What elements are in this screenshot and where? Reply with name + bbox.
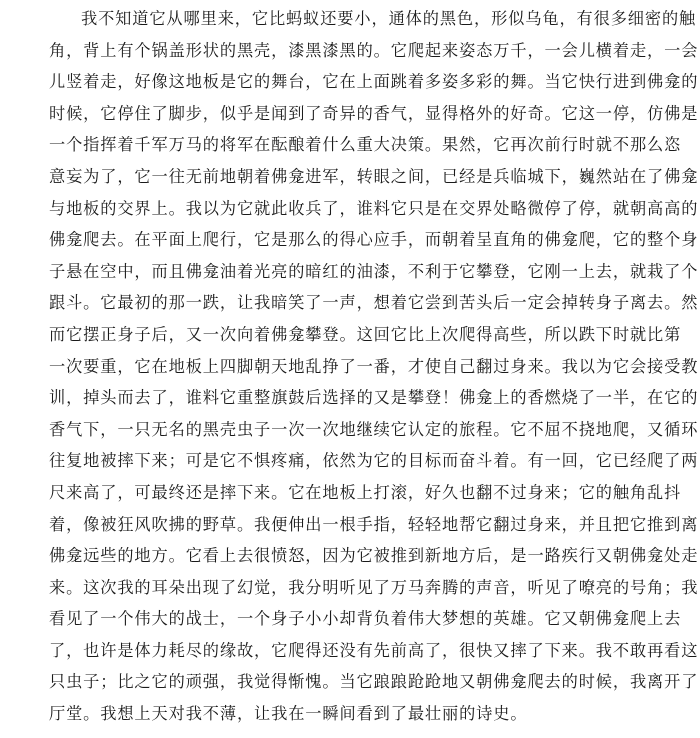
text-line: 儿竖着走，好像这地板是它的舞台，它在上面跳着多姿多彩的舞。当它快行进到佛龛的	[49, 66, 655, 98]
text-line: 来。这次我的耳朵出现了幻觉，我分明听见了万马奔腾的声音，听见了嘹亮的号角；我	[49, 572, 655, 604]
text-line: 看见了一个伟大的战士，一个身子小小却背负着伟大梦想的英雄。它又朝佛龛爬上去	[49, 603, 655, 635]
text-line: 往复地被摔下来；可是它不惧疼痛，依然为它的目标而奋斗着。有一回，它已经爬了两	[49, 445, 655, 477]
document-page: 我不知道它从哪里来，它比蚂蚁还要小，通体的黑色，形似乌龟，有很多细密的触 角，背…	[0, 0, 700, 738]
text-line: 角，背上有个锅盖形状的黑壳，漆黑漆黑的。它爬起来姿态万千，一会儿横着走，一会	[49, 35, 655, 67]
text-line: 训，掉头而去了，谁料它重整旗鼓后选择的又是攀登！佛龛上的香燃烧了一半，在它的	[49, 382, 655, 414]
text-line: 一个指挥着千军万马的将军在酝酿着什么重大决策。果然，它再次前行时就不那么恣	[49, 129, 655, 161]
text-line: 子悬在空中，而且佛龛油着光亮的暗红的油漆，不利于它攀登，它刚一上去，就栽了个	[49, 256, 655, 288]
text-line: 尺来高了，可最终还是摔下来。它在地板上打滚，好久也翻不过身来；它的触角乱抖	[49, 477, 655, 509]
text-line: 与地板的交界上。我以为它就此收兵了，谁料它只是在交界处略微停了停，就朝高高的	[49, 193, 655, 225]
text-line: 只虫子；比之它的顽强，我觉得惭愧。当它踉踉跄跄地又朝佛龛爬去的时候，我离开了	[49, 666, 655, 698]
text-line: 佛龛爬去。在平面上爬行，它是那么的得心应手，而朝着呈直角的佛龛爬，它的整个身	[49, 224, 655, 256]
text-line: 时候，它停住了脚步，似乎是闻到了奇异的香气，显得格外的好奇。它这一停，仿佛是	[49, 98, 655, 130]
text-line: 我不知道它从哪里来，它比蚂蚁还要小，通体的黑色，形似乌龟，有很多细密的触	[49, 3, 655, 35]
text-line: 跟斗。它最初的那一跌，让我暗笑了一声，想着它尝到苦头后一定会掉转身子离去。然	[49, 287, 655, 319]
text-line: 一次要重，它在地板上四脚朝天地乱挣了一番，才使自己翻过身来。我以为它会接受教	[49, 351, 655, 383]
text-line: 意妄为了，它一往无前地朝着佛龛进军，转眼之间，已经是兵临城下，巍然站在了佛龛	[49, 161, 655, 193]
text-line: 了，也许是体力耗尽的缘故，它爬得还没有先前高了，很快又摔了下来。我不敢再看这	[49, 635, 655, 667]
text-line: 佛龛远些的地方。它看上去很愤怒，因为它被推到新地方后，是一路疾行又朝佛龛处走	[49, 540, 655, 572]
text-line: 厅堂。我想上天对我不薄，让我在一瞬间看到了最壮丽的诗史。	[49, 698, 655, 730]
text-line: 香气下，一只无名的黑壳虫子一次一次地继续它认定的旅程。它不屈不挠地爬，又循环	[49, 414, 655, 446]
paragraph: 我不知道它从哪里来，它比蚂蚁还要小，通体的黑色，形似乌龟，有很多细密的触 角，背…	[49, 3, 655, 730]
text-line: 而它摆正身子后，又一次向着佛龛攀登。这回它比上次爬得高些，所以跌下时就比第	[49, 319, 655, 351]
text-line: 着，像被狂风吹拂的野草。我便伸出一根手指，轻轻地帮它翻过身来，并且把它推到离	[49, 509, 655, 541]
